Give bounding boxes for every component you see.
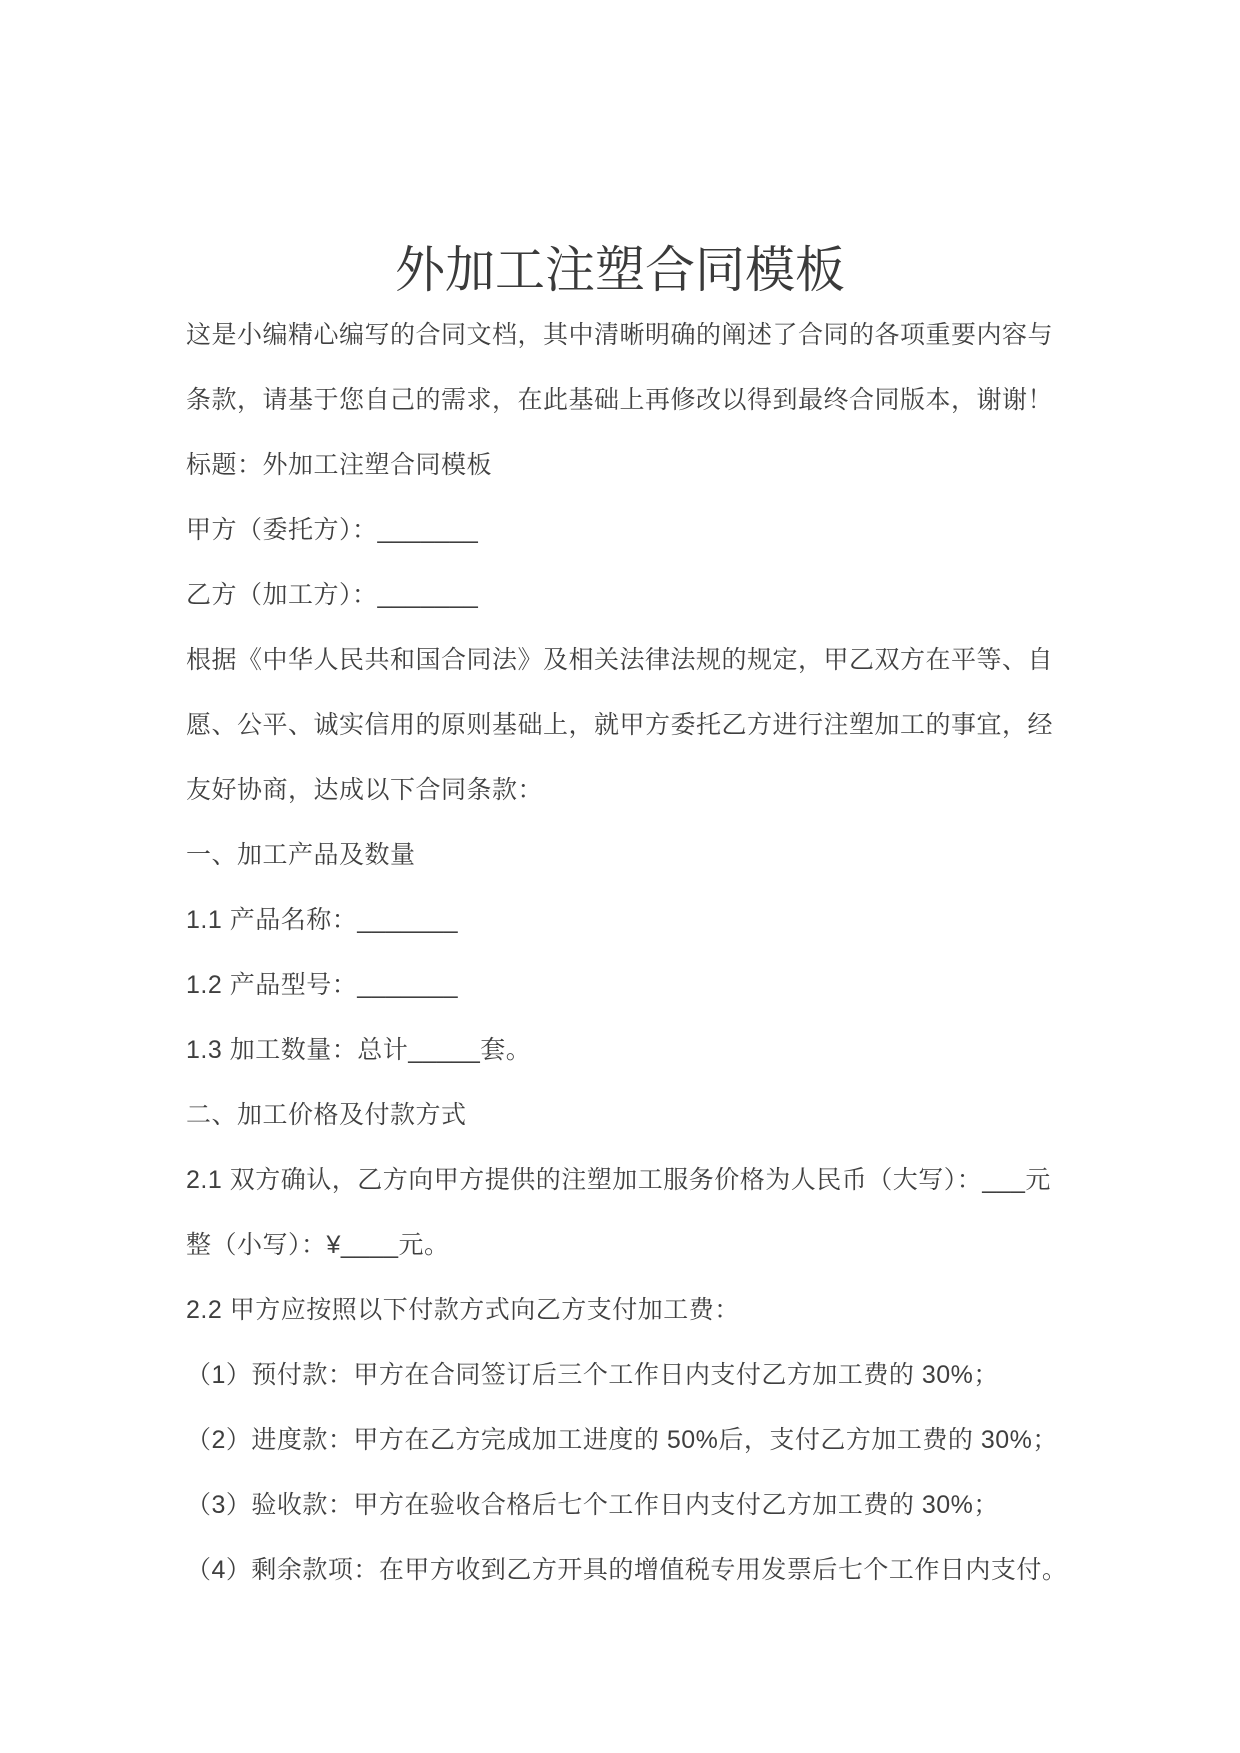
document-page: 外加工注塑合同模板 这是小编精心编写的合同文档，其中清晰明确的阐述了合同的各项重…	[0, 0, 1240, 1753]
payment-item-3: （3）验收款：甲方在验收合格后七个工作日内支付乙方加工费的 30%；	[186, 1473, 1120, 1538]
payment-item-1: （1）预付款：甲方在合同签订后三个工作日内支付乙方加工费的 30%；	[186, 1343, 1120, 1408]
clause-2-1-line-1: 2.1 双方确认，乙方向甲方提供的注塑加工服务价格为人民币（大写）：___元	[186, 1148, 1120, 1213]
document-title: 外加工注塑合同模板	[0, 243, 1240, 297]
clause-1-3: 1.3 加工数量：总计_____套。	[186, 1018, 1120, 1083]
clause-2-2: 2.2 甲方应按照以下付款方式向乙方支付加工费：	[186, 1278, 1120, 1343]
payment-item-4: （4）剩余款项：在甲方收到乙方开具的增值税专用发票后七个工作日内支付。	[186, 1538, 1120, 1603]
preamble-line-2: 愿、公平、诚实信用的原则基础上，就甲方委托乙方进行注塑加工的事宜，经	[186, 693, 1120, 758]
clause-1-1: 1.1 产品名称：_______	[186, 888, 1120, 953]
party-a-line: 甲方（委托方）：_______	[186, 498, 1120, 563]
intro-line-2: 条款，请基于您自己的需求，在此基础上再修改以得到最终合同版本，谢谢！	[186, 368, 1120, 433]
party-b-line: 乙方（加工方）：_______	[186, 563, 1120, 628]
preamble-line-1: 根据《中华人民共和国合同法》及相关法律法规的规定，甲乙双方在平等、自	[186, 628, 1120, 693]
section-2-heading: 二、加工价格及付款方式	[186, 1083, 1120, 1148]
preamble-line-3: 友好协商，达成以下合同条款：	[186, 758, 1120, 823]
clause-2-1-line-2: 整（小写）：¥____元。	[186, 1213, 1120, 1278]
intro-line-1: 这是小编精心编写的合同文档，其中清晰明确的阐述了合同的各项重要内容与	[186, 303, 1120, 368]
clause-1-2: 1.2 产品型号：_______	[186, 953, 1120, 1018]
payment-item-2: （2）进度款：甲方在乙方完成加工进度的 50%后，支付乙方加工费的 30%；	[186, 1408, 1120, 1473]
section-1-heading: 一、加工产品及数量	[186, 823, 1120, 888]
doc-title-label: 标题：外加工注塑合同模板	[186, 433, 1120, 498]
document-body: 这是小编精心编写的合同文档，其中清晰明确的阐述了合同的各项重要内容与 条款，请基…	[186, 303, 1120, 1603]
